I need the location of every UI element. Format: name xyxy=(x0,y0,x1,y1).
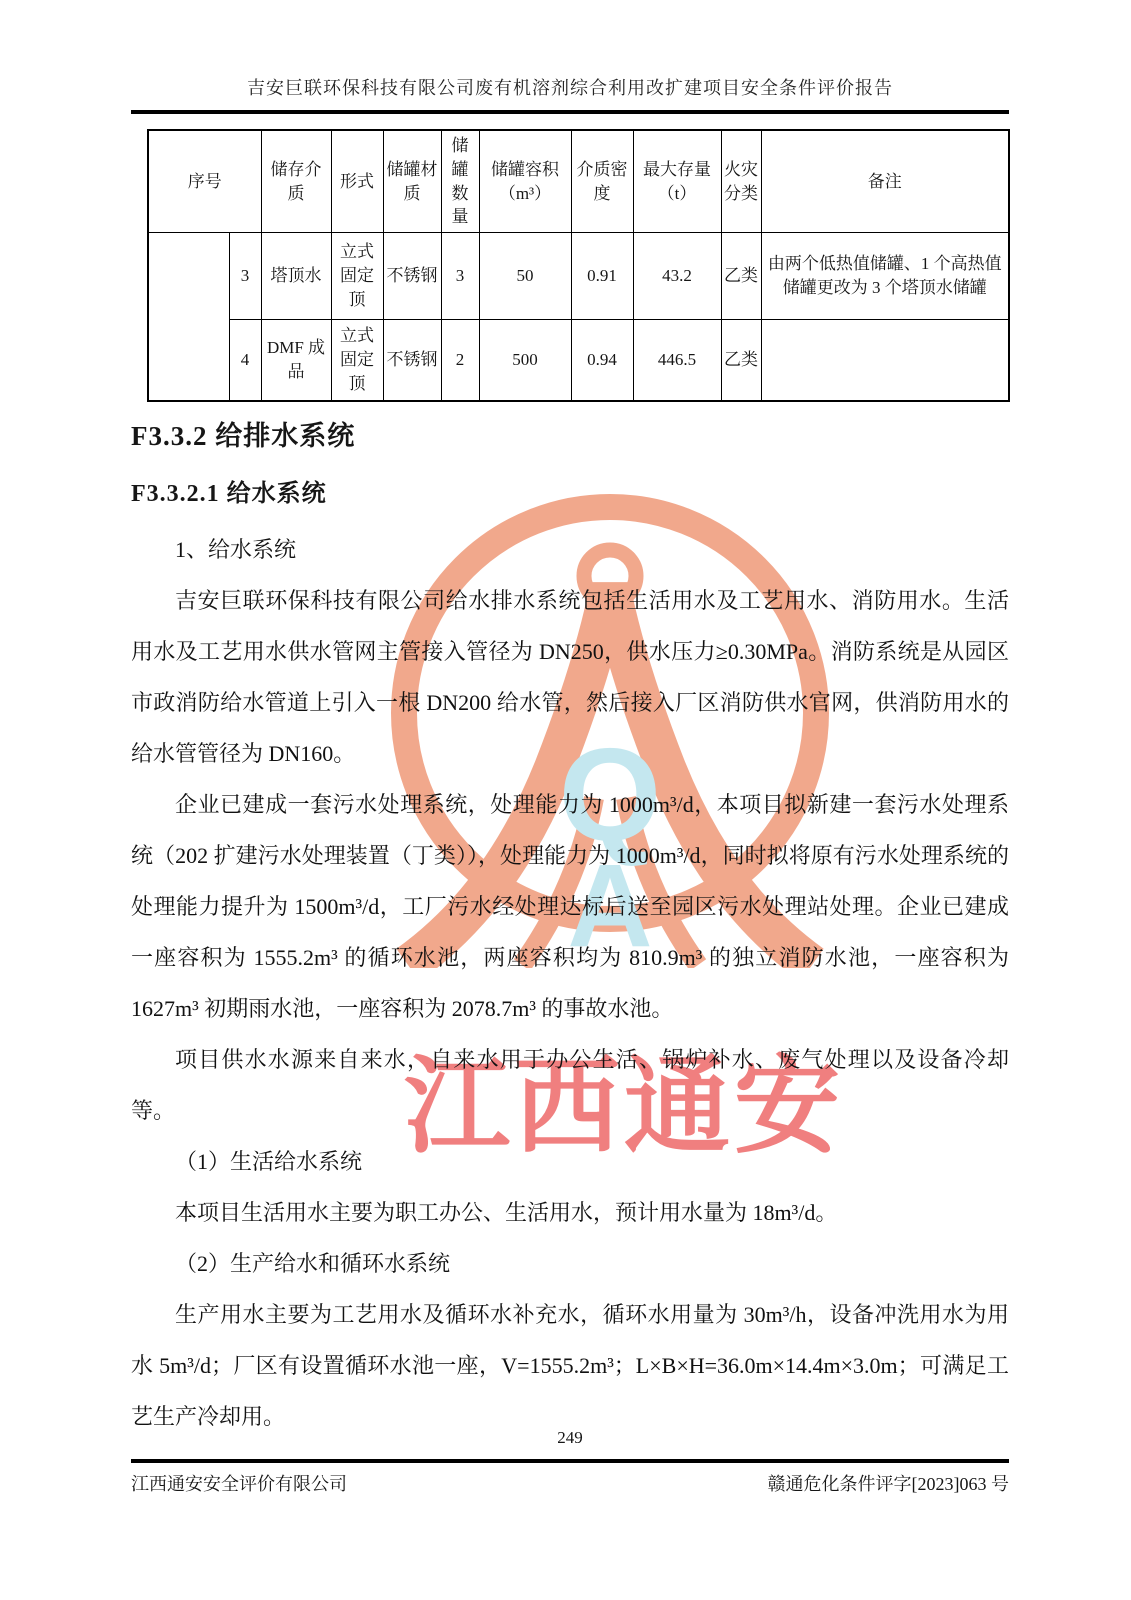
footer-divider-row: 江西通安安全评价有限公司 赣通危化条件评字[2023]063 号 xyxy=(131,1459,1009,1496)
col-header-remark: 备注 xyxy=(761,130,1009,233)
col-header-count: 储罐数量 xyxy=(441,130,479,233)
page-footer: 249 江西通安安全评价有限公司 赣通危化条件评字[2023]063 号 xyxy=(131,1428,1009,1496)
cell-medium: DMF 成品 xyxy=(261,320,331,402)
subsection-heading: F3.3.2.1 给水系统 xyxy=(131,473,1009,508)
paragraph-subitem-1: （1）生活给水系统 xyxy=(131,1136,1009,1187)
table-row: 3 塔顶水 立式固定顶 不锈钢 3 50 0.91 43.2 乙类 由两个低热值… xyxy=(148,233,1009,320)
cell-seq-spacer xyxy=(148,233,229,402)
section-heading: F3.3.2 给排水系统 xyxy=(131,414,1009,453)
cell-volume: 50 xyxy=(479,233,571,320)
page-content: 吉安巨联环保科技有限公司废有机溶剂综合利用改扩建项目安全条件评价报告 序号 储存… xyxy=(0,0,1131,1442)
cell-max-storage: 43.2 xyxy=(633,233,721,320)
cell-material: 不锈钢 xyxy=(383,320,441,402)
cell-seq: 4 xyxy=(229,320,261,402)
col-header-medium: 储存介质 xyxy=(261,130,331,233)
paragraph: 本项目生活用水主要为职工办公、生活用水，预计用水量为 18m³/d。 xyxy=(131,1187,1009,1238)
cell-seq: 3 xyxy=(229,233,261,320)
col-header-max-storage: 最大存量（t） xyxy=(633,130,721,233)
col-header-material: 储罐材质 xyxy=(383,130,441,233)
table-header-row: 序号 储存介质 形式 储罐材质 储罐数量 储罐容积（m³） 介质密度 最大存量（… xyxy=(148,130,1009,233)
cell-count: 3 xyxy=(441,233,479,320)
footer-document-number: 赣通危化条件评字[2023]063 号 xyxy=(768,1470,1010,1496)
col-header-form: 形式 xyxy=(331,130,383,233)
cell-remark: 由两个低热值储罐、1 个高热值储罐更改为 3 个塔顶水储罐 xyxy=(761,233,1009,320)
cell-max-storage: 446.5 xyxy=(633,320,721,402)
paragraph: 项目供水水源来自来水，自来水用于办公生活、锅炉补水、废气处理以及设备冷却等。 xyxy=(131,1034,1009,1136)
col-header-fire-class: 火灾分类 xyxy=(721,130,761,233)
document-page: Q A 江西通安 吉安巨联环保科技有限公司废有机溶剂综合利用改扩建项目安全条件评… xyxy=(0,0,1131,1600)
col-header-density: 介质密度 xyxy=(571,130,633,233)
table-row: 4 DMF 成品 立式固定顶 不锈钢 2 500 0.94 446.5 乙类 xyxy=(148,320,1009,402)
cell-form: 立式固定顶 xyxy=(331,320,383,402)
cell-count: 2 xyxy=(441,320,479,402)
col-header-seq: 序号 xyxy=(148,130,261,233)
paragraph-subitem-2: （2）生产给水和循环水系统 xyxy=(131,1238,1009,1289)
body-text: 1、给水系统 吉安巨联环保科技有限公司给水排水系统包括生活用水及工艺用水、消防用… xyxy=(131,524,1009,1442)
page-number: 249 xyxy=(131,1428,1009,1448)
cell-medium: 塔顶水 xyxy=(261,233,331,320)
footer-company-name: 江西通安安全评价有限公司 xyxy=(131,1470,347,1496)
cell-fire-class: 乙类 xyxy=(721,233,761,320)
cell-remark xyxy=(761,320,1009,402)
cell-material: 不锈钢 xyxy=(383,233,441,320)
paragraph: 企业已建成一套污水处理系统，处理能力为 1000m³/d，本项目拟新建一套污水处… xyxy=(131,779,1009,1034)
cell-fire-class: 乙类 xyxy=(721,320,761,402)
cell-density: 0.94 xyxy=(571,320,633,402)
storage-tank-table: 序号 储存介质 形式 储罐材质 储罐数量 储罐容积（m³） 介质密度 最大存量（… xyxy=(147,129,1010,402)
document-header-title: 吉安巨联环保科技有限公司废有机溶剂综合利用改扩建项目安全条件评价报告 xyxy=(131,0,1009,100)
paragraph-list-title: 1、给水系统 xyxy=(131,524,1009,575)
cell-volume: 500 xyxy=(479,320,571,402)
paragraph: 吉安巨联环保科技有限公司给水排水系统包括生活用水及工艺用水、消防用水。生活用水及… xyxy=(131,575,1009,779)
cell-density: 0.91 xyxy=(571,233,633,320)
col-header-volume: 储罐容积（m³） xyxy=(479,130,571,233)
paragraph: 生产用水主要为工艺用水及循环水补充水，循环水用量为 30m³/h，设备冲洗用水为… xyxy=(131,1289,1009,1442)
cell-form: 立式固定顶 xyxy=(331,233,383,320)
header-divider xyxy=(131,110,1009,114)
